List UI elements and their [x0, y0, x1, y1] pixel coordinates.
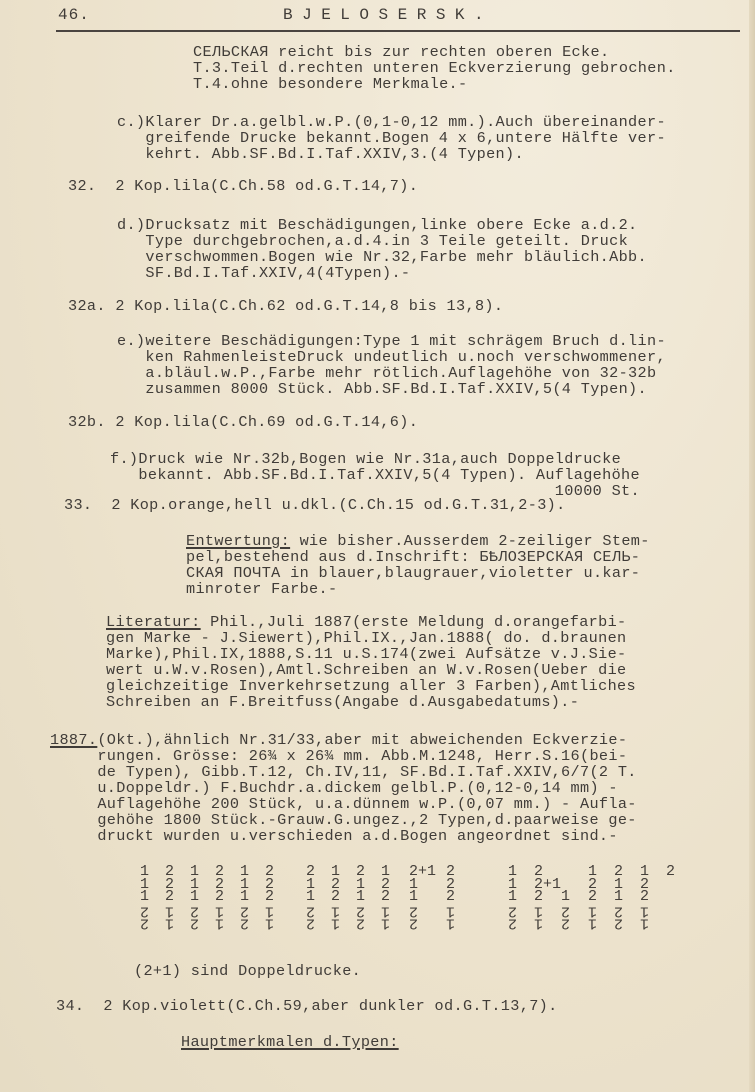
literatur-line: gleichzeitige Inverkehrsetzung aller 3 F…: [106, 678, 636, 694]
entry-33: 33. 2 Kop.orange,hell u.dkl.(C.Ch.15 od.…: [64, 497, 566, 513]
section-c-line: c.)Klarer Dr.a.gelbl.w.P.(0,1-0,12 mm.).…: [117, 114, 666, 130]
literatur-line: gen Marke - J.Siewert),Phil.IX.,Jan.1888…: [106, 630, 627, 646]
document-page: 46. BJELOSERSK. СЕЛЬСКАЯ reicht bis zur …: [0, 0, 755, 1092]
entry-32b: 32b. 2 Kop.lila(C.Ch.69 od.G.T.14,6).: [68, 414, 418, 430]
year-1887-line: u.Doppeldr.) F.Buchdr.a.dickem gelbl.P.(…: [50, 780, 618, 796]
sheet-cell: 2: [140, 916, 149, 929]
intro-line: СЕЛЬСКАЯ reicht bis zur rechten oberen E…: [193, 44, 609, 60]
sheet-cell: 1: [640, 916, 649, 929]
sheet-cell: 2: [240, 916, 249, 929]
sheet-cell: 1: [446, 916, 455, 929]
sheet-cell: 1: [588, 916, 597, 929]
page-title: BJELOSERSK.: [283, 6, 493, 24]
literatur-line: Marke),Phil.IX,1888,S.11 u.S.174(zwei Au…: [106, 646, 627, 662]
year-1887-line: druckt wurden u.verschieden a.d.Bogen an…: [50, 828, 618, 844]
section-c-line: greifende Drucke bekannt.Bogen 4 x 6,unt…: [117, 130, 666, 146]
page-number: 46.: [58, 6, 90, 24]
entwertung-line: pel,bestehend aus d.Inschrift: БѢЛОЗЕРСК…: [186, 549, 640, 565]
entry-34: 34. 2 Kop.violett(C.Ch.59,aber dunkler o…: [56, 998, 558, 1014]
section-f-line: bekannt. Abb.SF.Bd.I.Taf.XXIV,5(4 Typen)…: [110, 467, 640, 483]
sheet-cell: 1: [534, 916, 543, 929]
section-c-line: kehrt. Abb.SF.Bd.I.Taf.XXIV,3.(4 Typen).: [117, 146, 524, 162]
hauptmerkmalen-heading: Hauptmerkmalen d.Typen:: [181, 1034, 399, 1050]
sheet-cell: 2: [356, 916, 365, 929]
section-e-line: e.)weitere Beschädigungen:Type 1 mit sch…: [117, 333, 666, 349]
section-d-line: SF.Bd.I.Taf.XXIV,4(4Typen).-: [117, 265, 410, 281]
header-rule: [56, 30, 740, 32]
intro-line: T.3.Teil d.rechten unteren Eckverzierung…: [193, 60, 676, 76]
sheet-cell: 2: [306, 916, 315, 929]
page-edge-shadow: [749, 0, 755, 1092]
year-1887-line: gehöhe 1800 Stück.-Grauw.G.ungez.,2 Type…: [50, 812, 637, 828]
intro-line: T.4.ohne besondere Merkmale.-: [193, 76, 467, 92]
sheet-cell: 2: [508, 916, 517, 929]
section-d-line: verschwommen.Bogen wie Nr.32,Farbe mehr …: [117, 249, 647, 265]
section-d-line: Type durchgebrochen,a.d.4.in 3 Teile get…: [117, 233, 628, 249]
sheet-cell: 2: [666, 866, 675, 879]
entry-32: 32. 2 Kop.lila(C.Ch.58 od.G.T.14,7).: [68, 178, 418, 194]
literatur-line-1: Literatur: Phil.,Juli 1887(erste Meldung…: [106, 614, 627, 630]
section-e-line: ken RahmenleisteDruck undeutlich u.noch …: [117, 349, 666, 365]
literatur-line: wert u.W.v.Rosen),Amtl.Schreiben an W.v.…: [106, 662, 627, 678]
entry-32a: 32a. 2 Kop.lila(C.Ch.62 od.G.T.14,8 bis …: [68, 298, 503, 314]
sheet-cell: 1: [331, 916, 340, 929]
entwertung-line: СКАЯ ПОЧТА in blauer,blaugrauer,violette…: [186, 565, 640, 581]
doppeldrucke-note: (2+1) sind Doppeldrucke.: [134, 963, 361, 979]
sheet-cell: 1: [381, 916, 390, 929]
entwertung-line-1: Entwertung: wie bisher.Ausserdem 2-zeili…: [186, 533, 650, 549]
section-d-line: d.)Drucksatz mit Beschädigungen,linke ob…: [117, 217, 638, 233]
year-1887-line: de Typen), Gibb.T.12, Ch.IV,11, SF.Bd.I.…: [50, 764, 637, 780]
sheet-cell: 2: [409, 916, 418, 929]
section-e-line: a.bläul.w.P.,Farbe mehr rötlich.Auflageh…: [117, 365, 656, 381]
year-1887-line-1: 1887.(Okt.),ähnlich Nr.31/33,aber mit ab…: [50, 732, 627, 748]
sheet-cell: 1: [215, 916, 224, 929]
sheet-cell: 1: [165, 916, 174, 929]
year-1887-line: rungen. Grösse: 26¾ x 26¾ mm. Abb.M.1248…: [50, 748, 627, 764]
sheet-cell: 2: [614, 916, 623, 929]
section-e-line: zusammen 8000 Stück. Abb.SF.Bd.I.Taf.XXI…: [117, 381, 647, 397]
section-f-line: f.)Druck wie Nr.32b,Bogen wie Nr.31a,auc…: [110, 451, 621, 467]
sheet-cell: 2: [561, 916, 570, 929]
entwertung-line: minroter Farbe.-: [186, 581, 337, 597]
literatur-line: Schreiben an F.Breitfuss(Angabe d.Ausgab…: [106, 694, 579, 710]
sheet-cell: 2: [190, 916, 199, 929]
year-1887-line: Auflagehöhe 200 Stück, u.a.dünnem w.P.(0…: [50, 796, 637, 812]
sheet-cell: 1: [265, 916, 274, 929]
